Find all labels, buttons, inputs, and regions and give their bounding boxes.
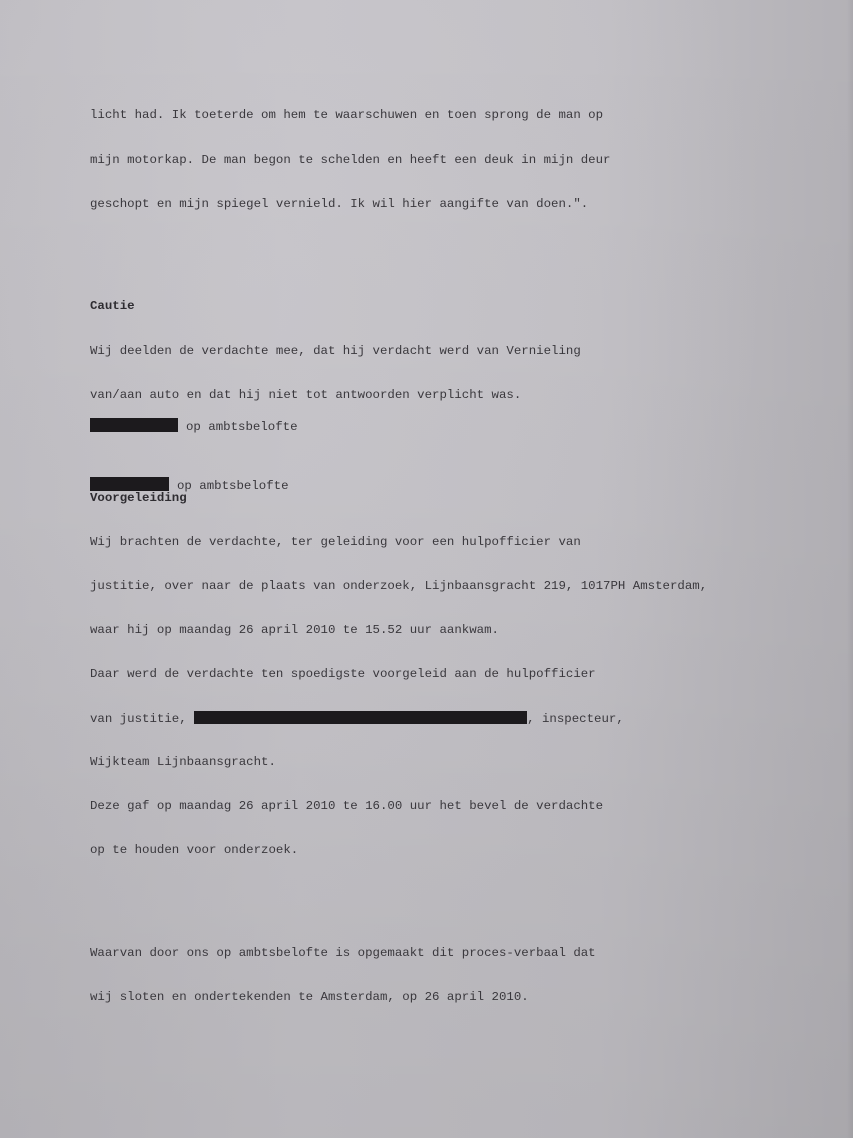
redaction-bar-signatory-2: [90, 477, 169, 491]
closing-line: wij sloten en ondertekenden te Amsterdam…: [90, 990, 707, 1005]
spacer: [90, 241, 707, 256]
spacer: [90, 887, 707, 902]
intro-line: mijn motorkap. De man begon te schelden …: [90, 153, 707, 168]
closing-line: Waarvan door ons op ambtsbelofte is opge…: [90, 946, 707, 961]
signature-line-1: op ambtsbelofte: [90, 418, 298, 435]
redaction-bar-signatory-1: [90, 418, 178, 432]
signature-label: op ambtsbelofte: [186, 420, 298, 434]
voorgeleiding-redacted-line: van justitie, , inspecteur,: [90, 711, 707, 726]
intro-line: geschopt en mijn spiegel vernield. Ik wi…: [90, 197, 707, 212]
section-heading-cautie: Cautie: [90, 299, 707, 314]
document-body: licht had. Ik toeterde om hem te waarsch…: [90, 79, 707, 1034]
page-edge: [847, 0, 853, 1138]
voorgeleiding-line: Wij brachten de verdachte, ter geleiding…: [90, 535, 707, 550]
scanned-page: licht had. Ik toeterde om hem te waarsch…: [0, 0, 853, 1138]
voorgeleiding-line: Deze gaf op maandag 26 april 2010 te 16.…: [90, 799, 707, 814]
redacted-line-suffix: , inspecteur,: [527, 712, 624, 726]
cautie-line: Wij deelden de verdachte mee, dat hij ve…: [90, 344, 707, 359]
cautie-line: van/aan auto en dat hij niet tot antwoor…: [90, 388, 707, 403]
intro-line: licht had. Ik toeterde om hem te waarsch…: [90, 108, 707, 123]
voorgeleiding-line: op te houden voor onderzoek.: [90, 843, 707, 858]
signature-label: op ambtsbelofte: [177, 479, 289, 493]
redacted-line-prefix: van justitie,: [90, 712, 194, 726]
redaction-bar-officer-name: [194, 711, 527, 724]
voorgeleiding-line: justitie, over naar de plaats van onderz…: [90, 579, 707, 594]
voorgeleiding-line: Wijkteam Lijnbaansgracht.: [90, 755, 707, 770]
signature-line-2: op ambtsbelofte: [90, 477, 289, 494]
voorgeleiding-line: Daar werd de verdachte ten spoedigste vo…: [90, 667, 707, 682]
voorgeleiding-line: waar hij op maandag 26 april 2010 te 15.…: [90, 623, 707, 638]
